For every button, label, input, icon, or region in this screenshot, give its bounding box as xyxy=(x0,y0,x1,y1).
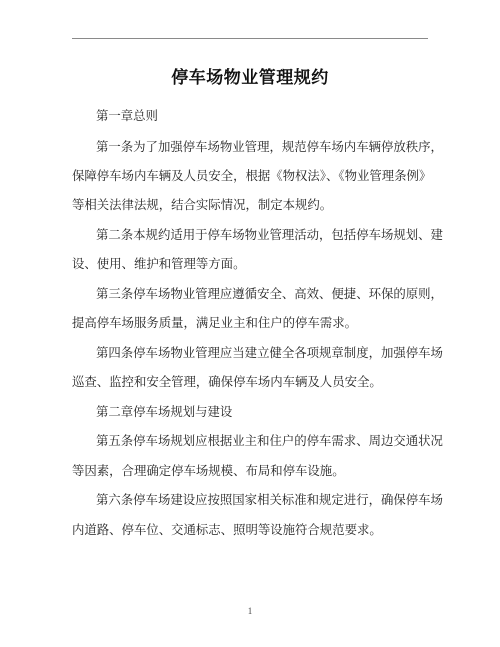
paragraph-line: 内道路、停车位、交通标志、照明等设施符合规范要求。 xyxy=(72,521,382,539)
paragraph-line: 设、使用、维护和管理等方面。 xyxy=(72,255,245,273)
paragraph-line: 第二条本规约适用于停车场物业管理活动，包括停车场规划、建 xyxy=(96,226,443,244)
chapter-heading: 第二章停车场规划与建设 xyxy=(96,403,232,421)
paragraph-line: 第五条停车场规划应根据业主和住户的停车需求、周边交通状况 xyxy=(96,432,443,450)
chapter-heading: 第一章总则 xyxy=(96,107,158,125)
paragraph-line: 第一条为了加强停车场物业管理，规范停车场内车辆停放秩序， xyxy=(96,138,443,156)
paragraph-line: 等因素，合理确定停车场规模、布局和停车设施。 xyxy=(72,462,345,480)
paragraph-line: 保障停车场内车辆及人员安全，根据《物权法》、《物业管理条例》 xyxy=(72,167,431,185)
paragraph-line: 第六条停车场建设应按照国家相关标准和规定进行，确保停车场 xyxy=(96,491,443,509)
paragraph-line: 提高停车场服务质量，满足业主和住户的停车需求。 xyxy=(72,314,357,332)
paragraph-line: 等相关法律法规，结合实际情况，制定本规约。 xyxy=(72,196,332,214)
document-title: 停车场物业管理规约 xyxy=(0,66,500,90)
paragraph-line: 巡查、监控和安全管理，确保停车场内车辆及人员安全。 xyxy=(72,373,382,391)
header-divider xyxy=(72,38,428,39)
paragraph-line: 第四条停车场物业管理应当建立健全各项规章制度，加强停车场 xyxy=(96,344,443,362)
page-number: 1 xyxy=(0,606,500,616)
paragraph-line: 第三条停车场物业管理应遵循安全、高效、便捷、环保的原则， xyxy=(96,285,443,303)
